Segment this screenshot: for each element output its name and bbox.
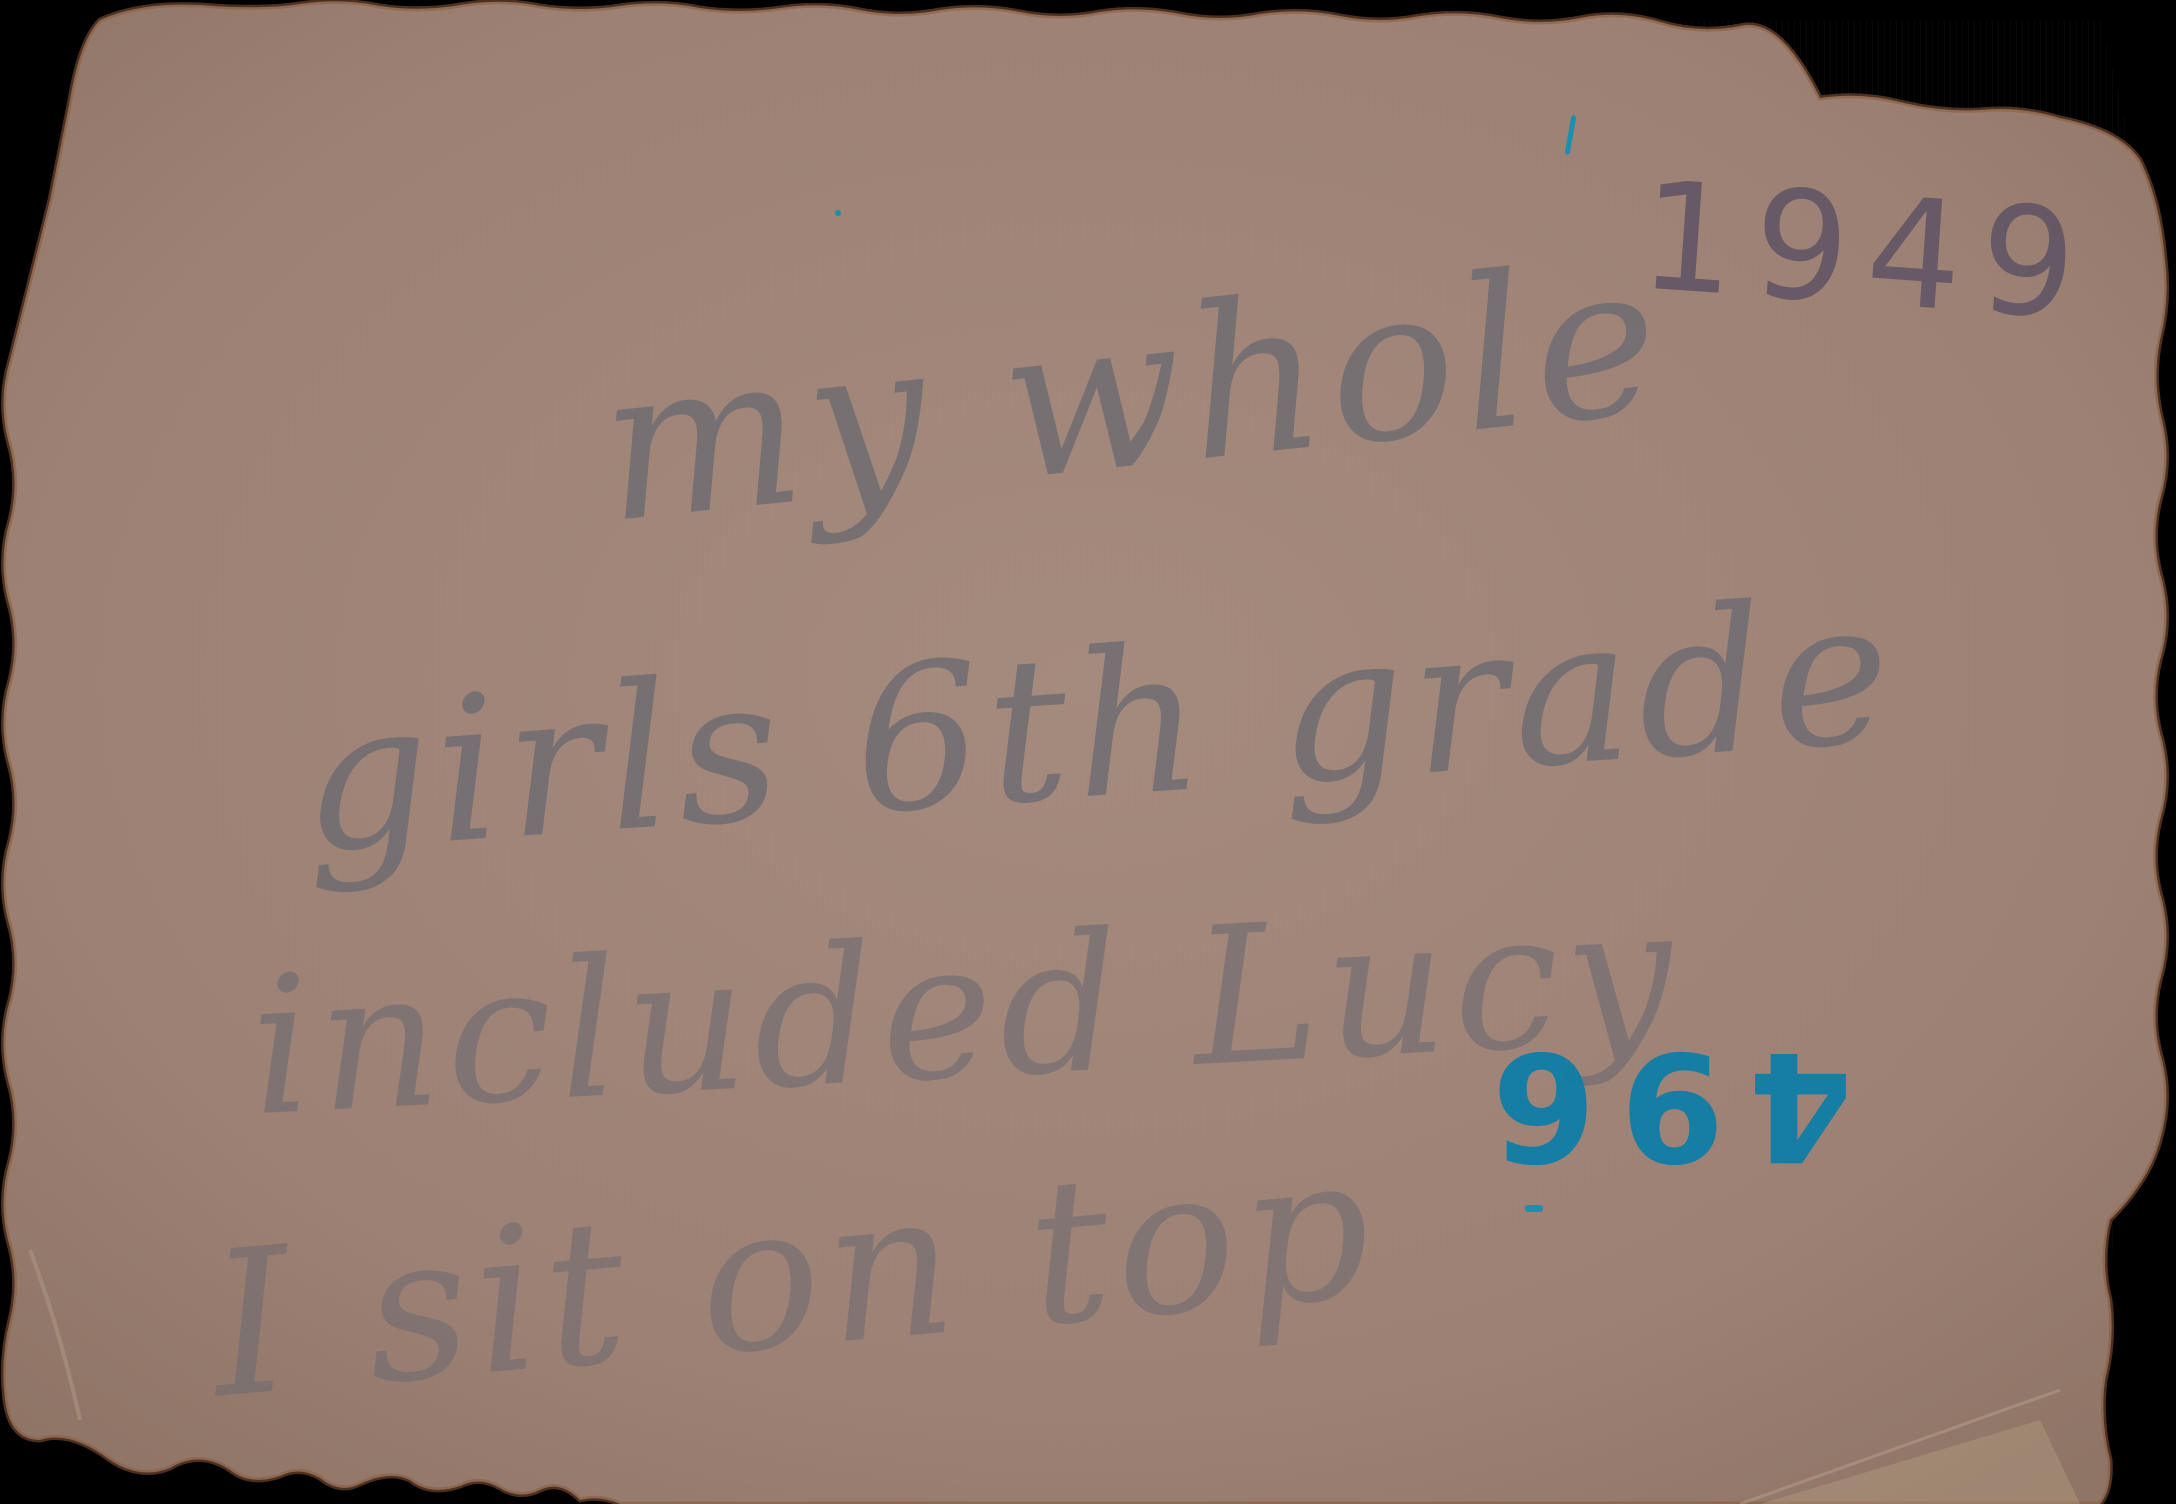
ink-speck — [1525, 1205, 1543, 1212]
scan-background: 1949 my whole girls 6th grade included L… — [0, 0, 2176, 1504]
year-inscription: 1949 — [1634, 149, 2099, 354]
stamped-number: 496 — [1490, 1030, 1830, 1180]
ink-speck — [835, 210, 841, 216]
